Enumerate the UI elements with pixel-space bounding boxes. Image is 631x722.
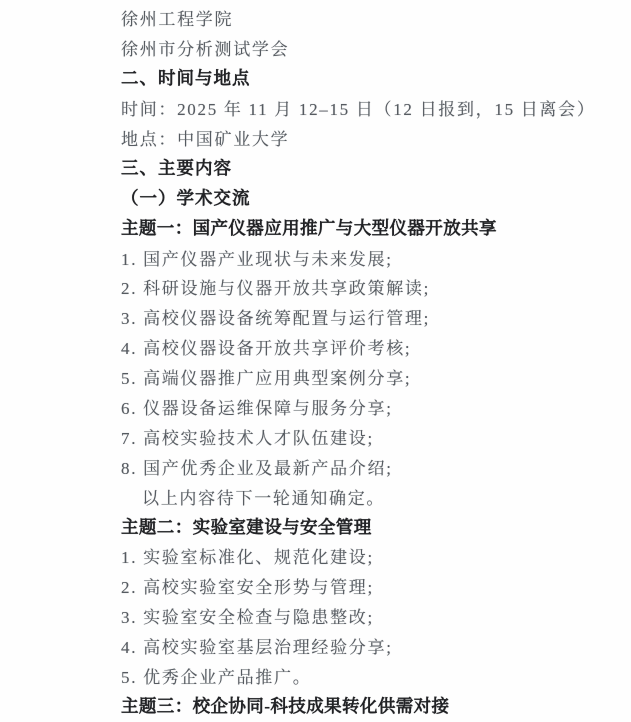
organizer-line: 徐州市分析测试学会	[121, 33, 631, 63]
list-item: 1. 实验室标准化、规范化建设;	[121, 541, 631, 571]
time-line: 时间：2025 年 11 月 12–15 日（12 日报到，15 日离会）	[121, 93, 631, 123]
list-item: 3. 高校仪器设备统筹配置与运行管理;	[121, 302, 631, 332]
section-heading: 二、时间与地点	[121, 63, 631, 93]
list-item: 5. 高端仪器推广应用典型案例分享;	[121, 362, 631, 392]
document-page: 徐州工程学院 徐州市分析测试学会 二、时间与地点 时间：2025 年 11 月 …	[0, 0, 631, 722]
document-content: 徐州工程学院 徐州市分析测试学会 二、时间与地点 时间：2025 年 11 月 …	[121, 3, 631, 720]
list-item: 4. 高校仪器设备开放共享评价考核;	[121, 332, 631, 362]
list-item: 7. 高校实验技术人才队伍建设;	[121, 421, 631, 451]
list-item: 2. 高校实验室安全形势与管理;	[121, 571, 631, 601]
list-item: 4. 高校实验室基层治理经验分享;	[121, 631, 631, 661]
topic-heading: 主题一：国产仪器应用推广与大型仪器开放共享	[121, 212, 631, 242]
topic-heading: 主题三：校企协同-科技成果转化供需对接	[121, 690, 631, 720]
list-item: 5. 优秀企业产品推广。	[121, 661, 631, 691]
section-heading: 三、主要内容	[121, 152, 631, 182]
list-item: 8. 国产优秀企业及最新产品介绍;	[121, 451, 631, 481]
topic-heading: 主题二：实验室建设与安全管理	[121, 511, 631, 541]
list-item: 6. 仪器设备运维保障与服务分享;	[121, 392, 631, 422]
note-line: 以上内容待下一轮通知确定。	[121, 481, 631, 511]
list-item: 1. 国产仪器产业现状与未来发展;	[121, 242, 631, 272]
organizer-line: 徐州工程学院	[121, 3, 631, 33]
list-item: 3. 实验室安全检查与隐患整改;	[121, 601, 631, 631]
list-item: 2. 科研设施与仪器开放共享政策解读;	[121, 272, 631, 302]
sub-heading: （一）学术交流	[121, 182, 631, 212]
location-line: 地点：中国矿业大学	[121, 123, 631, 153]
